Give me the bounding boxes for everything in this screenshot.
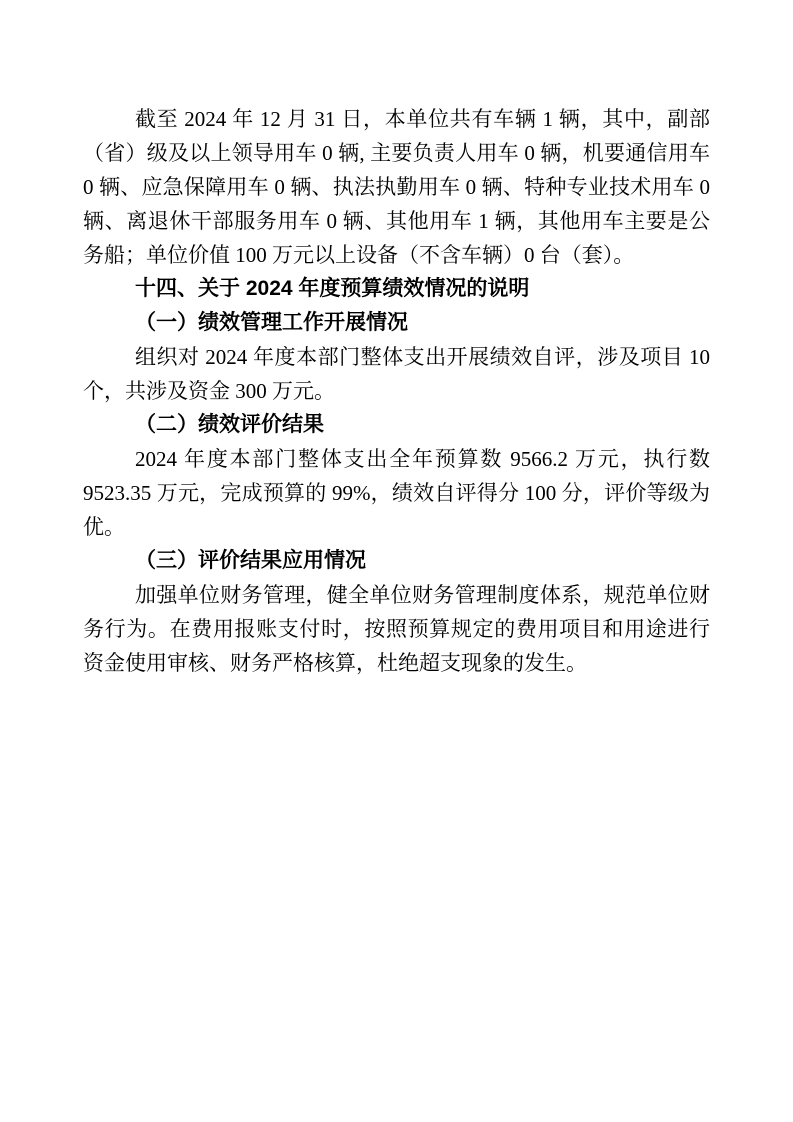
paragraph-self-evaluation: 组织对 2024 年度本部门整体支出开展绩效自评，涉及项目 10 个，共涉及资金… [83, 340, 710, 408]
heading-performance-management: （一）绩效管理工作开展情况 [83, 306, 710, 340]
heading-results-application: （三）评价结果应用情况 [83, 544, 710, 578]
document-page: 截至 2024 年 12 月 31 日，本单位共有车辆 1 辆，其中，副部（省）… [0, 0, 793, 1122]
paragraph-budget-execution: 2024 年度本部门整体支出全年预算数 9566.2 万元，执行数 9523.3… [83, 442, 710, 544]
paragraph-vehicle-summary: 截至 2024 年 12 月 31 日，本单位共有车辆 1 辆，其中，副部（省）… [83, 102, 710, 272]
heading-evaluation-results: （二）绩效评价结果 [83, 408, 710, 442]
heading-section-14: 十四、关于 2024 年度预算绩效情况的说明 [83, 272, 710, 306]
paragraph-financial-management: 加强单位财务管理，健全单位财务管理制度体系，规范单位财务行为。在费用报账支付时，… [83, 578, 710, 680]
